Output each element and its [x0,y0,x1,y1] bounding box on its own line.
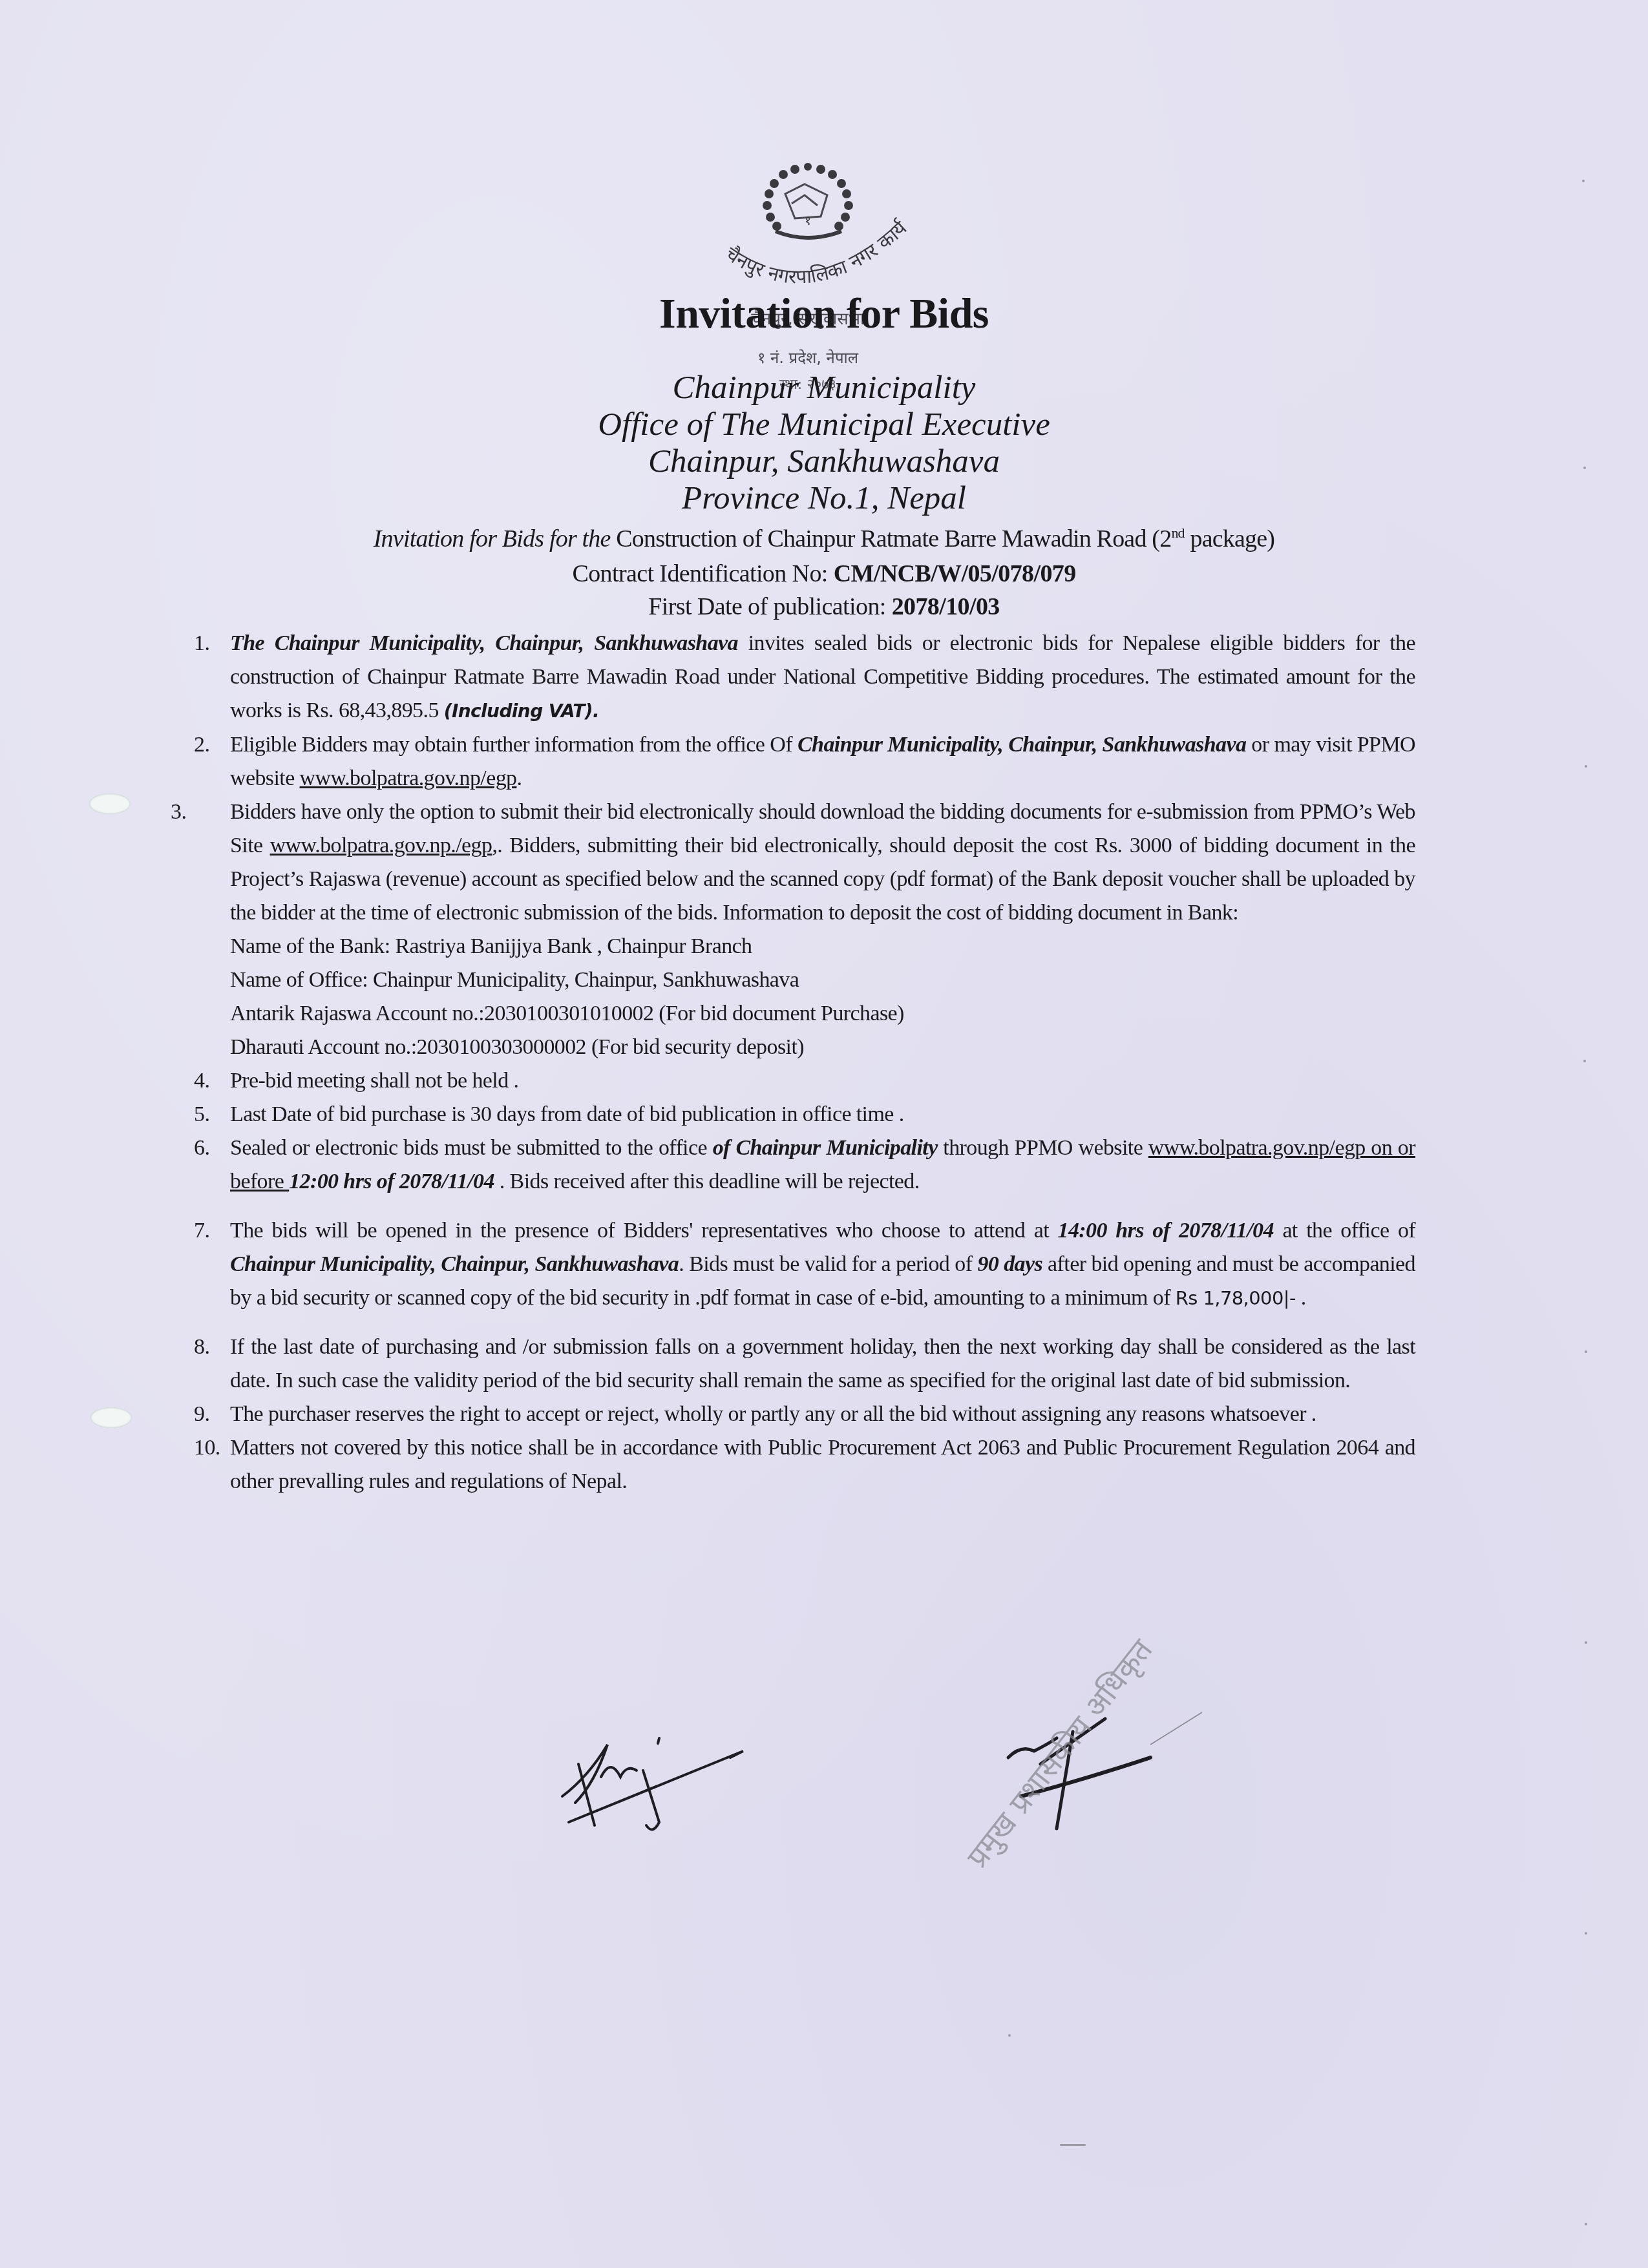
scan-speck [1585,1932,1587,1935]
publication-date-label: First Date of publication: [648,593,891,620]
clause-number: 9. [194,1398,209,1431]
scan-speck [1008,2034,1011,2037]
opening-time: 14:00 hrs of 2078/11/04 [1058,1219,1274,1243]
svg-text:१ नं. प्रदेश, नेपाल: १ नं. प्रदेश, नेपाल [757,349,859,367]
clause-number: 3. [171,795,186,829]
ppmo-website-link[interactable]: www.bolpatra.gov.np/egp [300,766,517,790]
publication-date-line: First Date of publication: 2078/10/03 [0,593,1648,621]
document-title: Invitation for Bids [0,289,1648,339]
ppmo-website-link[interactable]: www.bolpatra.gov.np./egp [270,834,492,857]
clause-3: 3. Bidders have only the option to submi… [194,795,1415,1064]
clause-6: 6. Sealed or electronic bids must be sub… [194,1131,1415,1199]
ifb-tail: package) [1185,525,1274,552]
svg-text:१: १ [805,213,811,228]
office-name: Name of Office: Chainpur Municipality, C… [230,963,1415,997]
clause-text: . [516,766,522,790]
contract-id-label: Contract Identification No: [572,560,833,587]
ifb-subject-line: Invitation for Bids for the Construction… [0,525,1648,553]
clause-text: at the office of [1274,1219,1415,1243]
clause-8: 8. If the last date of purchasing and /o… [194,1330,1415,1398]
clause-text: Matters not covered by this notice shall… [230,1436,1415,1493]
clause-text: Pre-bid meeting shall not be held . [230,1069,518,1093]
municipal-seal: १ चैनपुर नगरपालिका नगर कार्यपालिकाको कार… [672,155,944,401]
clause-number: 6. [194,1131,209,1165]
clause-5: 5. Last Date of bid purchase is 30 days … [194,1098,1415,1131]
signature-icon [549,1706,769,1835]
validity-period: 90 days [977,1252,1042,1276]
clause-text: . Bids must be valid for a period of [679,1252,977,1276]
scan-speck [1582,180,1585,182]
publication-date-value: 2078/10/03 [892,593,1000,620]
clause-number: 1. [194,627,209,660]
clause-emphasis: Chainpur Municipality, Chainpur, Sankhuw… [798,733,1246,757]
scan-speck [1585,1641,1587,1644]
clause-text: The purchaser reserves the right to acce… [230,1402,1316,1426]
clause-text: If the last date of purchasing and /or s… [230,1335,1415,1392]
clause-emphasis: of Chainpur Municipality [713,1136,938,1160]
clause-number: 5. [194,1098,209,1131]
clause-number: 7. [194,1214,209,1248]
clause-emphasis: The Chainpur Municipality, Chainpur, San… [230,631,738,655]
clause-text: Last Date of bid purchase is 30 days fro… [230,1102,904,1126]
svg-text:चैनपुर नगरपालिका नगर कार्यपालि: चैनपुर नगरपालिका नगर कार्यपालिकाको कार्य… [672,155,912,289]
issuer-province: Province No.1, Nepal [0,480,1648,517]
clause-number: 10. [194,1431,220,1465]
clause-number: 8. [194,1330,209,1364]
clause-emphasis: Chainpur Municipality, Chainpur, Sankhuw… [230,1252,679,1276]
nepal-emblem-icon: १ चैनपुर नगरपालिका नगर कार्यपालिकाको कार… [672,155,944,401]
clause-text: The bids will be opened in the presence … [230,1219,1058,1243]
bid-security-amount: Rs 1,78,000|- [1176,1287,1296,1309]
ifb-sup: nd [1171,525,1184,541]
clause-number: 4. [194,1064,209,1098]
issuer-header: Chainpur Municipality Office of The Muni… [0,370,1648,517]
punch-hole [90,1407,132,1428]
clause-1: 1. The Chainpur Municipality, Chainpur, … [194,627,1415,728]
clause-text: Sealed or electronic bids must be submit… [230,1136,713,1160]
bank-name: Name of the Bank: Rastriya Banijjya Bank… [230,930,1415,963]
clause-2: 2. Eligible Bidders may obtain further i… [194,728,1415,795]
issuer-location: Chainpur, Sankhuwashava [0,443,1648,480]
clause-4: 4. Pre-bid meeting shall not be held . [194,1064,1415,1098]
issuer-name: Chainpur Municipality [0,370,1648,406]
punch-hole [89,793,131,814]
issuer-office: Office of The Municipal Executive [0,406,1648,443]
clause-9: 9. The purchaser reserves the right to a… [194,1398,1415,1431]
contract-id-value: CM/NCB/W/05/078/079 [834,560,1076,587]
signature-left [549,1706,769,1835]
scan-speck [1585,765,1587,768]
clause-text: . Bids received after this deadline will… [494,1170,920,1193]
scan-speck [1585,2223,1587,2225]
ifb-project: Construction of Chainpur Ratmate Barre M… [611,525,1172,552]
revenue-account: Antarik Rajaswa Account no.:203010030101… [230,997,1415,1031]
scan-speck [1060,2144,1086,2146]
clause-10: 10. Matters not covered by this notice s… [194,1431,1415,1498]
scan-speck [1583,1060,1586,1062]
security-account: Dharauti Account no.:2030100303000002 (F… [230,1031,1415,1064]
clause-number: 2. [194,728,209,762]
clause-text: through PPMO website [938,1136,1148,1160]
contract-id-line: Contract Identification No: CM/NCB/W/05/… [0,560,1648,588]
clause-7: 7. The bids will be opened in the presen… [194,1214,1415,1315]
scan-speck [1585,1350,1587,1353]
ifb-lead: Invitation for Bids for the [374,525,611,552]
clause-list: 1. The Chainpur Municipality, Chainpur, … [194,627,1415,1498]
clause-emphasis: (Including VAT). [444,700,599,722]
clause-text: . [1296,1286,1306,1310]
submission-deadline: 12:00 hrs of 2078/11/04 [289,1170,494,1193]
clause-text: Eligible Bidders may obtain further info… [230,733,798,757]
